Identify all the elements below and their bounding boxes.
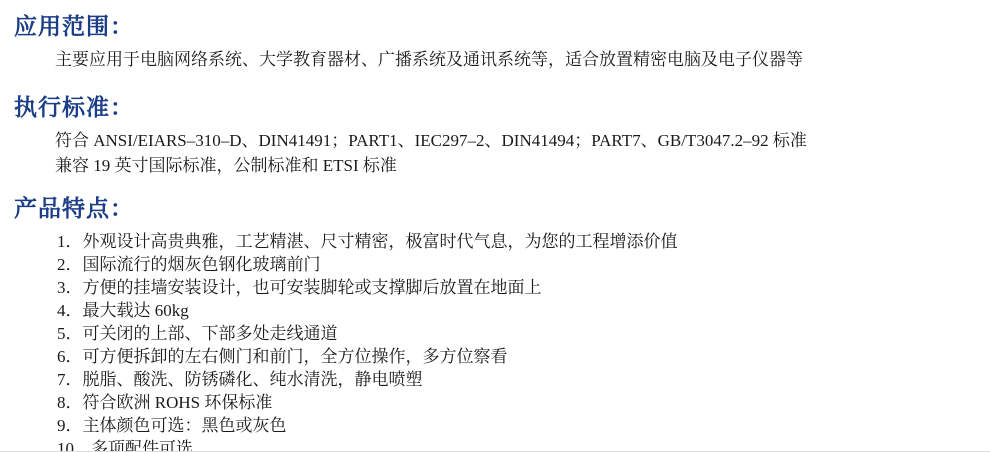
feature-item: 8．符合欧洲 ROHS 环保标准	[57, 391, 990, 414]
feature-item: 10．多项配件可选	[57, 437, 990, 452]
standards-compliance-text: 符合 ANSI/EIARS–310–D、DIN41491；PART1、IEC29…	[55, 128, 990, 153]
standards-compatibility-text: 兼容 19 英寸国际标准，公制标准和 ETSI 标准	[55, 153, 990, 178]
application-scope-heading: 应用范围：	[14, 12, 990, 42]
feature-item: 6．可方便拆卸的左右侧门和前门，全方位操作，多方位察看	[57, 345, 990, 368]
feature-item: 2．国际流行的烟灰色钢化玻璃前门	[57, 253, 990, 276]
product-spec-document: 应用范围： 主要应用于电脑网络系统、大学教育器材、广播系统及通讯系统等，适合放置…	[0, 0, 990, 452]
product-features-heading: 产品特点：	[14, 194, 990, 224]
feature-item: 5．可关闭的上部、下部多处走线通道	[57, 322, 990, 345]
executive-standards-heading: 执行标准：	[14, 93, 990, 123]
feature-item: 4．最大载达 60kg	[57, 299, 990, 322]
feature-item: 7．脱脂、酸洗、防锈磷化、纯水清洗，静电喷塑	[57, 368, 990, 391]
feature-item: 3．方便的挂墙安装设计，也可安装脚轮或支撑脚后放置在地面上	[57, 276, 990, 299]
feature-item: 1．外观设计高贵典雅，工艺精湛、尺寸精密，极富时代气息，为您的工程增添价值	[57, 230, 990, 253]
feature-item: 9．主体颜色可选：黑色或灰色	[57, 414, 990, 437]
application-scope-text: 主要应用于电脑网络系统、大学教育器材、广播系统及通讯系统等，适合放置精密电脑及电…	[55, 49, 990, 71]
product-features-list: 1．外观设计高贵典雅，工艺精湛、尺寸精密，极富时代气息，为您的工程增添价值 2．…	[57, 230, 990, 452]
